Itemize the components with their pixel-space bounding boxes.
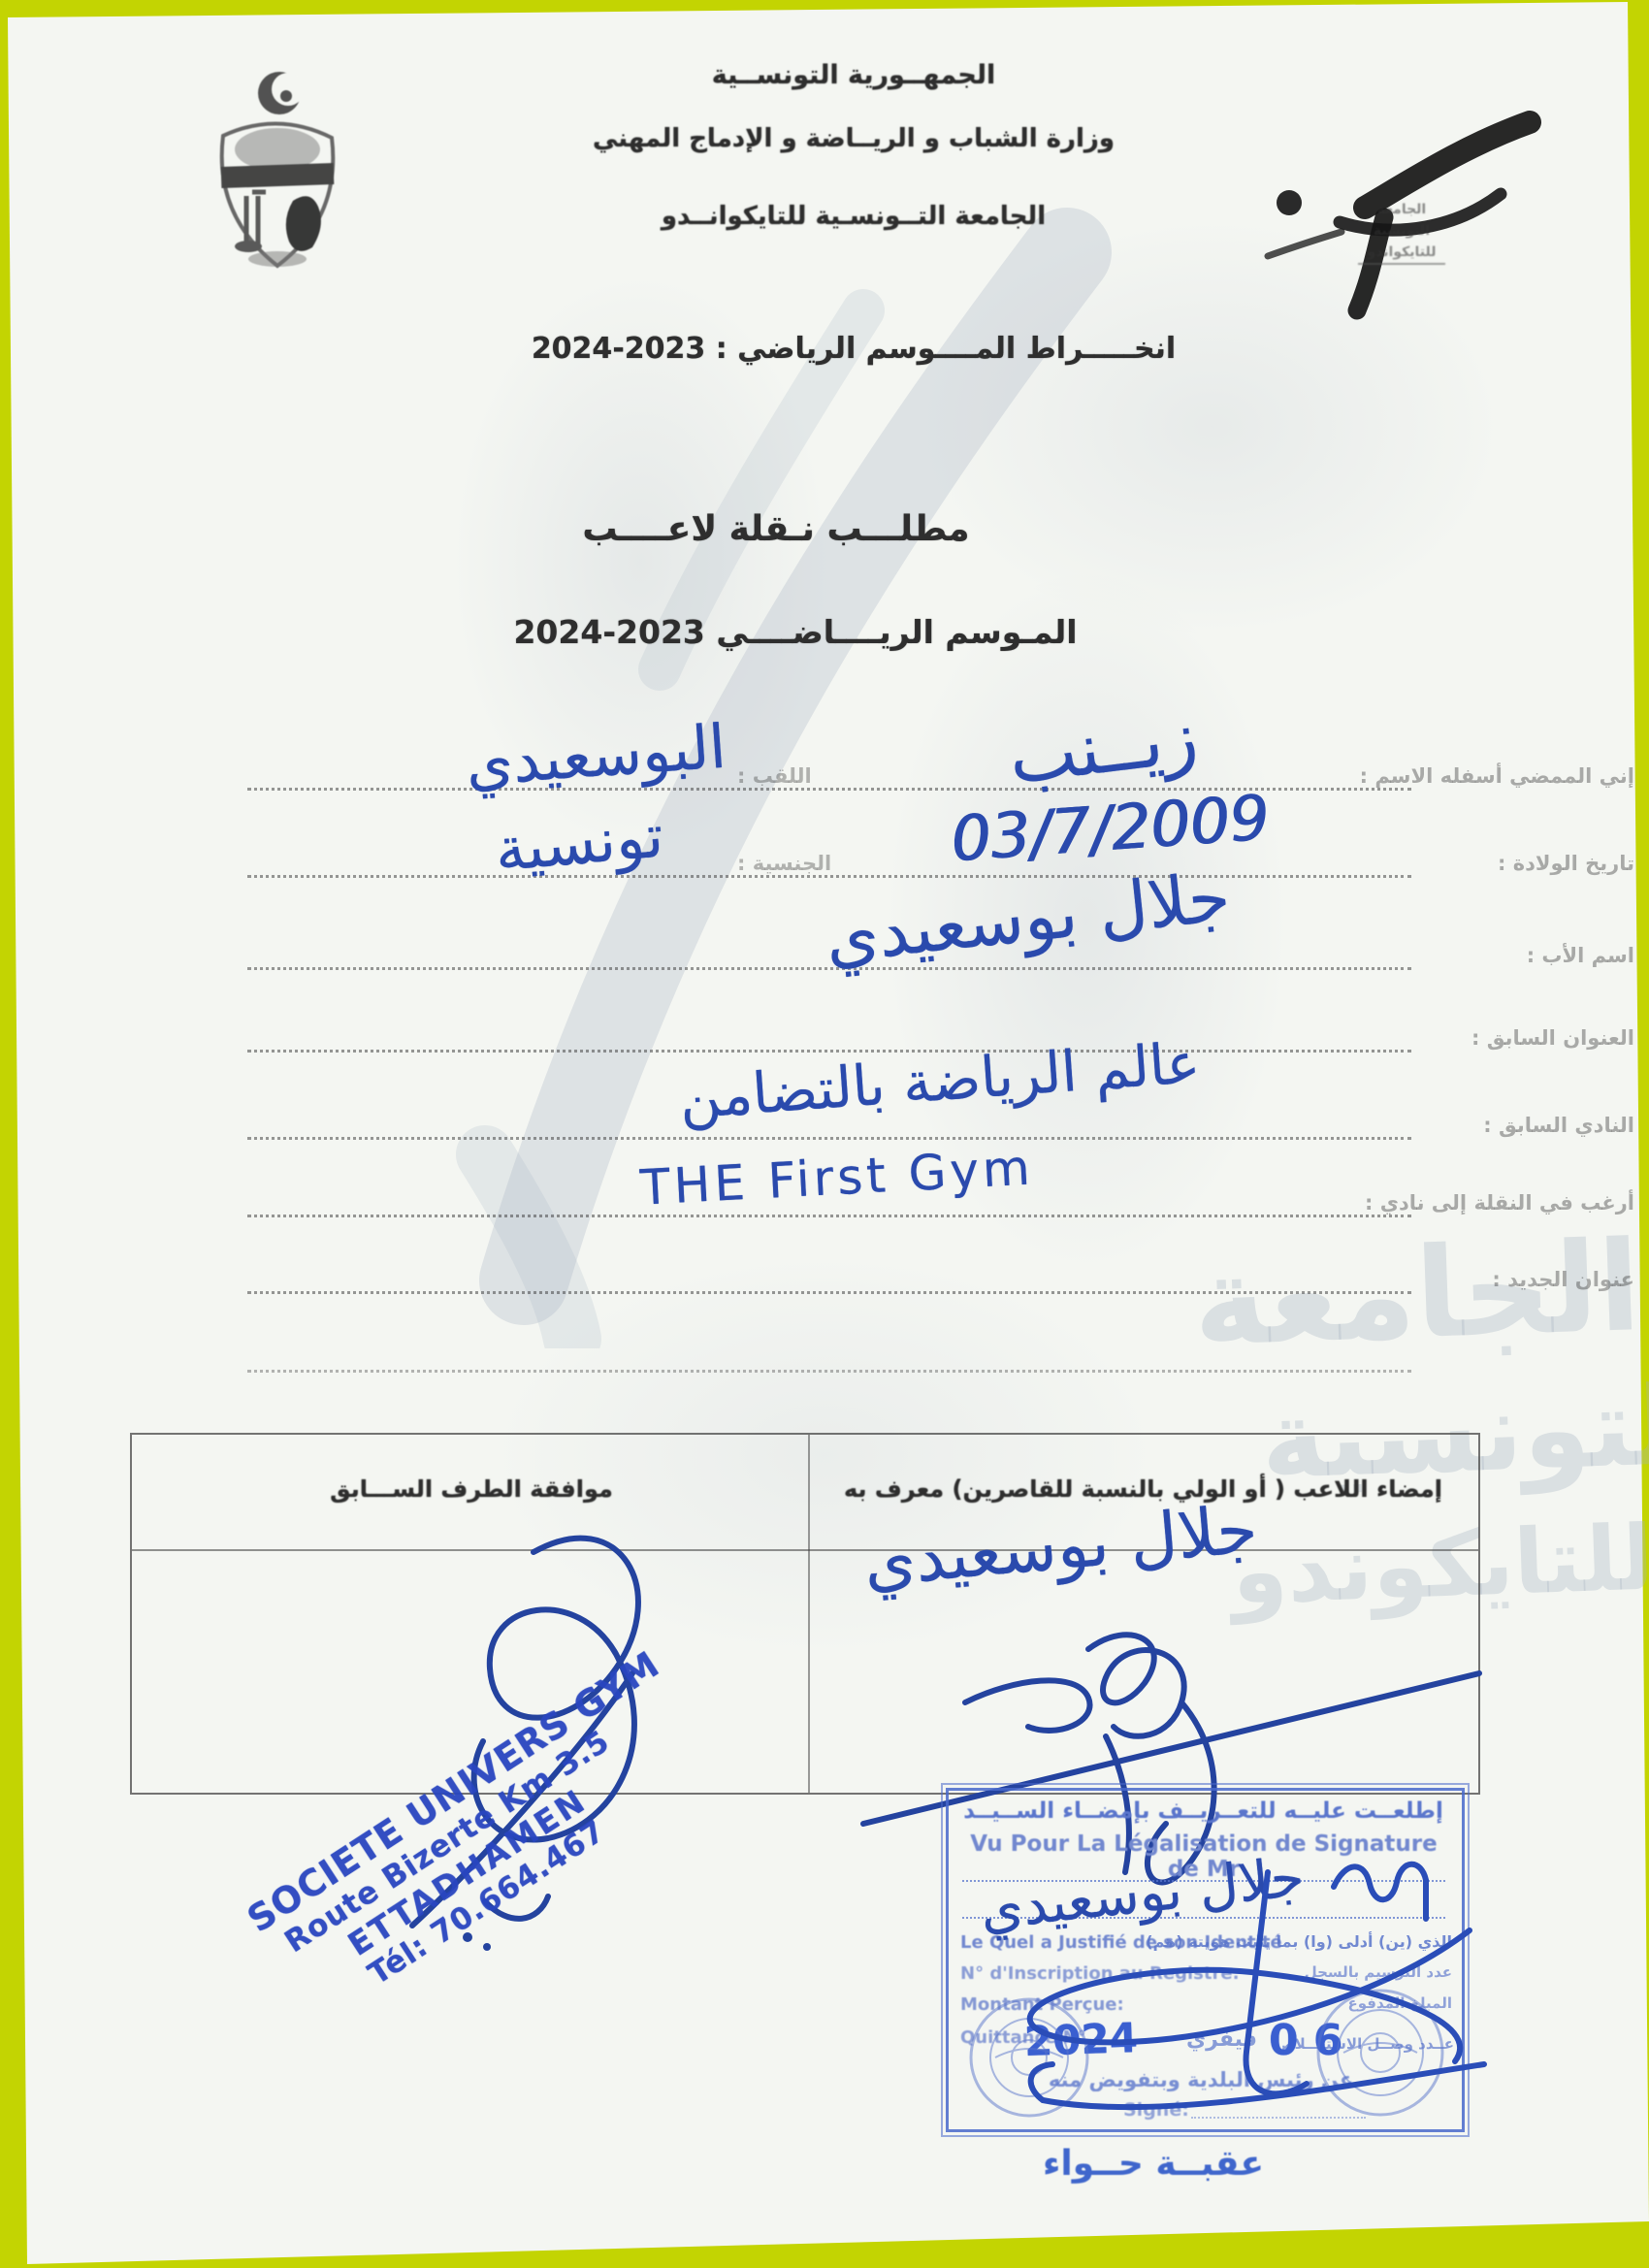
row3-label: اسم الأب : — [1527, 944, 1634, 967]
scanned-document-page: الجامعة التونسية للتايكوندو الجامعة التو… — [0, 0, 1649, 2268]
logo-caption: الجامعة التونسية للتايكواندو — [1358, 199, 1445, 265]
document-title: مطلـــب نـقلة لاعــــب — [504, 509, 1048, 549]
logo-caption-line3: للتايكواندو — [1358, 242, 1445, 265]
logo-caption-line1: الجامعة — [1358, 199, 1445, 220]
row4-label: العنوان السابق : — [1471, 1026, 1634, 1050]
row8-line — [247, 1370, 1411, 1373]
header-federation: الجامعة التــونسـية للتايكوانــدو — [543, 202, 1164, 231]
row2-line — [247, 875, 1411, 878]
row4-line — [247, 1050, 1411, 1053]
watermark-word-1: الجامعة — [1191, 1215, 1643, 1375]
logo-caption-line2: التونسية — [1358, 220, 1445, 242]
header-ministry: وزارة الشباب و الريــاضة و الإدماج المهن… — [504, 124, 1203, 153]
row2-value-nationality: تونسية — [492, 800, 666, 886]
row7-label: عنوان الجديد : — [1492, 1268, 1634, 1291]
table-header-player-signature: إمضاء اللاعب ( أو الولي بالنسبة للقاصرين… — [821, 1475, 1466, 1503]
table-column-divider — [808, 1435, 810, 1793]
row1-label2: اللقب : — [737, 764, 812, 788]
season-line: المـوسم الريــــاضــــي 2023-2024 — [446, 613, 1145, 651]
table-header-divider — [132, 1549, 1478, 1551]
row2-label: تاريخ الولادة : — [1498, 852, 1634, 875]
row7-line — [247, 1291, 1411, 1294]
legalization-signature — [926, 1814, 1499, 2134]
row5-label: النادي السابق : — [1483, 1114, 1634, 1137]
enrollment-line: انخـــــراط المــــوسم الرياضي : 2023-20… — [504, 332, 1203, 366]
tunisia-coat-of-arms — [196, 60, 356, 278]
header-republic: الجمهــورية التونســية — [543, 60, 1164, 90]
row2-label2: الجنسية : — [737, 852, 831, 875]
officer-name-stamp: عقبــة حــواء — [1043, 2144, 1264, 2184]
row6-label: أرغب في النقلة إلى نادي : — [1365, 1191, 1634, 1215]
row5-line — [247, 1137, 1411, 1140]
row6-line — [247, 1215, 1411, 1217]
row1-label: إني الممضي أسفله الاسم : — [1360, 764, 1634, 788]
